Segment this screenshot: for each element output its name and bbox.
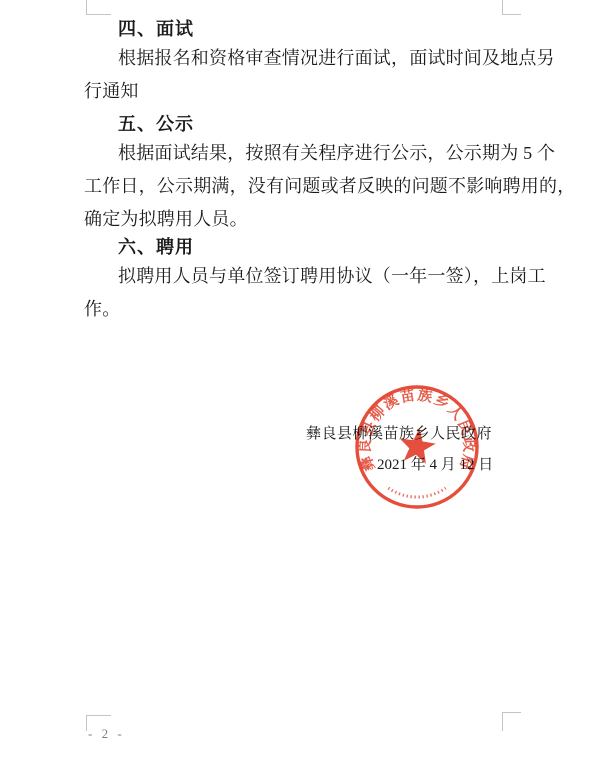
section-employment: 六、聘用 拟聘用人员与单位签订聘用协议（一年一签），上岗工 作。 — [84, 234, 546, 326]
section-interview: 四、面试 根据报名和资格审查情况进行面试，面试时间及地点另 行通知 — [84, 16, 555, 108]
text-boundary-mark-top-left — [86, 0, 111, 15]
seal-ring — [357, 387, 477, 507]
document-page: 四、面试 根据报名和资格审查情况进行面试，面试时间及地点另 行通知 五、公示 根… — [0, 0, 592, 779]
body-line: 根据面试结果，按照有关程序进行公示，公示期为 5 个 — [84, 137, 575, 170]
section-heading: 四、面试 — [84, 16, 555, 42]
body-line: 拟聘用人员与单位签订聘用协议（一年一签），上岗工 — [84, 260, 546, 293]
body-line: 工作日，公示期满，没有问题或者反映的问题不影响聘用的， — [84, 170, 575, 203]
section-heading: 六、聘用 — [84, 234, 546, 260]
seal-code-arc — [388, 488, 445, 497]
section-public-notice: 五、公示 根据面试结果，按照有关程序进行公示，公示期为 5 个 工作日，公示期满… — [84, 111, 575, 236]
signature-date: 2021 年 4 月 12 日 — [377, 456, 493, 474]
signature-organization: 彝良县柳溪苗族乡人民政府 — [306, 425, 492, 443]
text-boundary-mark-bottom-right — [502, 712, 521, 731]
body-line: 确定为拟聘用人员。 — [84, 203, 575, 236]
body-line: 行通知 — [84, 75, 555, 108]
official-seal: 彝良县柳溪苗族乡人民政府 — [352, 383, 482, 513]
section-heading: 五、公示 — [84, 111, 575, 137]
body-line: 作。 — [84, 293, 546, 326]
text-boundary-mark-top-right — [502, 0, 521, 15]
body-line: 根据报名和资格审查情况进行面试，面试时间及地点另 — [84, 42, 555, 75]
page-number: - 2 - — [88, 726, 125, 742]
